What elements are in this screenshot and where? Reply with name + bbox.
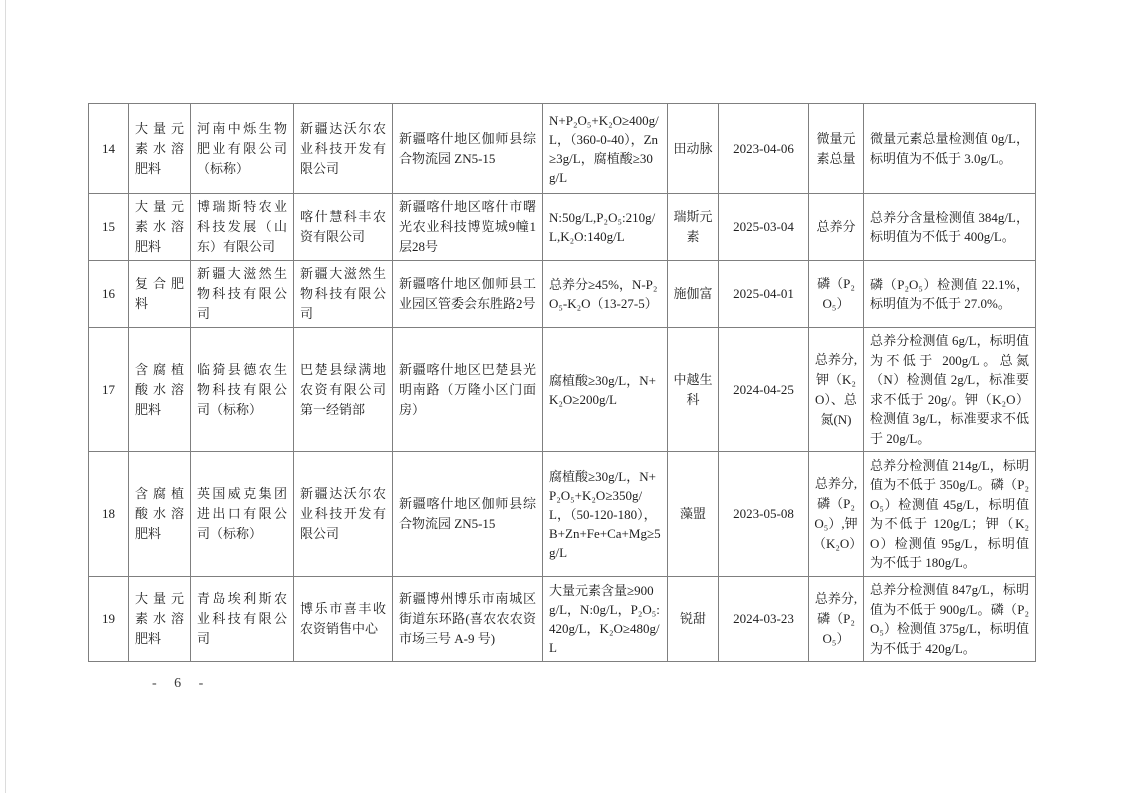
table-row: 19 大量元素水溶肥料 青岛埃利斯农业科技有限公司 博乐市喜丰收农资销售中心 新… — [89, 577, 1036, 662]
cell-date: 2025-03-04 — [719, 194, 809, 261]
cell-row-number: 17 — [89, 328, 129, 452]
cell-test-item: 磷（P₂O₅） — [809, 261, 864, 328]
table-row: 18 含腐植酸水溶肥料 英国威克集团进出口有限公司（标称） 新疆达沃尔农业科技开… — [89, 452, 1036, 577]
cell-specs: 大量元素含量≥900g/L，N:0g/L，P₂O₅:420g/L，K₂O≥480… — [543, 577, 668, 662]
cell-brand: 锐甜 — [668, 577, 719, 662]
cell-test-item: 总养分,钾（K₂O）、总氮(N) — [809, 328, 864, 452]
cell-address: 新疆博州博乐市南城区街道东环路(喜农农农资市场三号 A-9 号) — [393, 577, 543, 662]
cell-seller: 新疆达沃尔农业科技开发有限公司 — [294, 104, 393, 194]
cell-product-name: 大量元素水溶肥料 — [129, 577, 191, 662]
cell-row-number: 18 — [89, 452, 129, 577]
cell-seller: 巴楚县绿满地农资有限公司第一经销部 — [294, 328, 393, 452]
cell-test-result: 总养分检测值 6g/L，标明值为不低于 200g/L。总氮（N）检测值 2g/L… — [864, 328, 1036, 452]
cell-brand: 田动脉 — [668, 104, 719, 194]
cell-test-result: 总养分检测值 847g/L，标明值为不低于 900g/L。磷（P₂O₅）检测值 … — [864, 577, 1036, 662]
cell-address: 新疆喀什地区伽师县综合物流园 ZN5-15 — [393, 104, 543, 194]
cell-seller: 博乐市喜丰收农资销售中心 — [294, 577, 393, 662]
cell-product-name: 大量元素水溶肥料 — [129, 194, 191, 261]
cell-seller: 新疆大滋然生物科技有限公司 — [294, 261, 393, 328]
cell-row-number: 16 — [89, 261, 129, 328]
cell-manufacturer: 博瑞斯特农业科技发展（山东）有限公司 — [191, 194, 294, 261]
cell-manufacturer: 河南中烁生物肥业有限公司（标称） — [191, 104, 294, 194]
cell-test-item: 总养分,磷（P₂O₅）,钾（K₂O） — [809, 452, 864, 577]
table-row: 14 大量元素水溶肥料 河南中烁生物肥业有限公司（标称） 新疆达沃尔农业科技开发… — [89, 104, 1036, 194]
cell-test-item: 微量元素总量 — [809, 104, 864, 194]
cell-test-item: 总养分,磷（P₂O₅） — [809, 577, 864, 662]
cell-date: 2023-05-08 — [719, 452, 809, 577]
cell-product-name: 含腐植酸水溶肥料 — [129, 452, 191, 577]
cell-row-number: 19 — [89, 577, 129, 662]
page-number: - 6 - — [152, 676, 210, 692]
cell-brand: 中越生科 — [668, 328, 719, 452]
cell-date: 2024-04-25 — [719, 328, 809, 452]
page-edge-line — [5, 0, 6, 793]
table-row: 17 含腐植酸水溶肥料 临猗县德农生物科技有限公司（标称） 巴楚县绿满地农资有限… — [89, 328, 1036, 452]
cell-manufacturer: 英国威克集团进出口有限公司（标称） — [191, 452, 294, 577]
cell-specs: 腐植酸≥30g/L，N+K₂O≥200g/L — [543, 328, 668, 452]
cell-specs: 总养分≥45%，N-P₂O₅-K₂O（13-27-5） — [543, 261, 668, 328]
cell-product-name: 复合肥料 — [129, 261, 191, 328]
cell-brand: 施伽富 — [668, 261, 719, 328]
cell-address: 新疆喀什地区伽师县工业园区管委会东胜路2号 — [393, 261, 543, 328]
cell-date: 2025-04-01 — [719, 261, 809, 328]
cell-row-number: 14 — [89, 104, 129, 194]
cell-test-result: 微量元素总量检测值 0g/L，标明值为不低于 3.0g/L。 — [864, 104, 1036, 194]
cell-manufacturer: 青岛埃利斯农业科技有限公司 — [191, 577, 294, 662]
cell-specs: N+P₂O₅+K₂O≥400g/L，（360-0-40），Zn≥3g/L，腐植酸… — [543, 104, 668, 194]
cell-address: 新疆喀什地区巴楚县光明南路（万隆小区门面房） — [393, 328, 543, 452]
table-row: 15 大量元素水溶肥料 博瑞斯特农业科技发展（山东）有限公司 喀什慧科丰农资有限… — [89, 194, 1036, 261]
cell-manufacturer: 临猗县德农生物科技有限公司（标称） — [191, 328, 294, 452]
cell-test-result: 总养分含量检测值 384g/L，标明值为不低于 400g/L。 — [864, 194, 1036, 261]
cell-date: 2024-03-23 — [719, 577, 809, 662]
cell-address: 新疆喀什地区喀什市曙光农业科技博览城9幢1层28号 — [393, 194, 543, 261]
cell-brand: 藻盟 — [668, 452, 719, 577]
table-row: 16 复合肥料 新疆大滋然生物科技有限公司 新疆大滋然生物科技有限公司 新疆喀什… — [89, 261, 1036, 328]
cell-product-name: 含腐植酸水溶肥料 — [129, 328, 191, 452]
cell-specs: N:50g/L,P₂O₅:210g/L,K₂O:140g/L — [543, 194, 668, 261]
cell-test-result: 磷（P₂O₅）检测值 22.1%，标明值为不低于 27.0%。 — [864, 261, 1036, 328]
cell-seller: 喀什慧科丰农资有限公司 — [294, 194, 393, 261]
cell-product-name: 大量元素水溶肥料 — [129, 104, 191, 194]
cell-test-result: 总养分检测值 214g/L，标明值为不低于 350g/L。磷（P₂O₅）检测值 … — [864, 452, 1036, 577]
cell-row-number: 15 — [89, 194, 129, 261]
cell-seller: 新疆达沃尔农业科技开发有限公司 — [294, 452, 393, 577]
cell-brand: 瑞斯元素 — [668, 194, 719, 261]
cell-address: 新疆喀什地区伽师县综合物流园 ZN5-15 — [393, 452, 543, 577]
cell-date: 2023-04-06 — [719, 104, 809, 194]
cell-manufacturer: 新疆大滋然生物科技有限公司 — [191, 261, 294, 328]
fertilizer-sampling-results-table: 14 大量元素水溶肥料 河南中烁生物肥业有限公司（标称） 新疆达沃尔农业科技开发… — [88, 103, 1036, 662]
cell-specs: 腐植酸≥30g/L，N+P₂O₅+K₂O≥350g/L，（50-120-180）… — [543, 452, 668, 577]
cell-test-item: 总养分 — [809, 194, 864, 261]
